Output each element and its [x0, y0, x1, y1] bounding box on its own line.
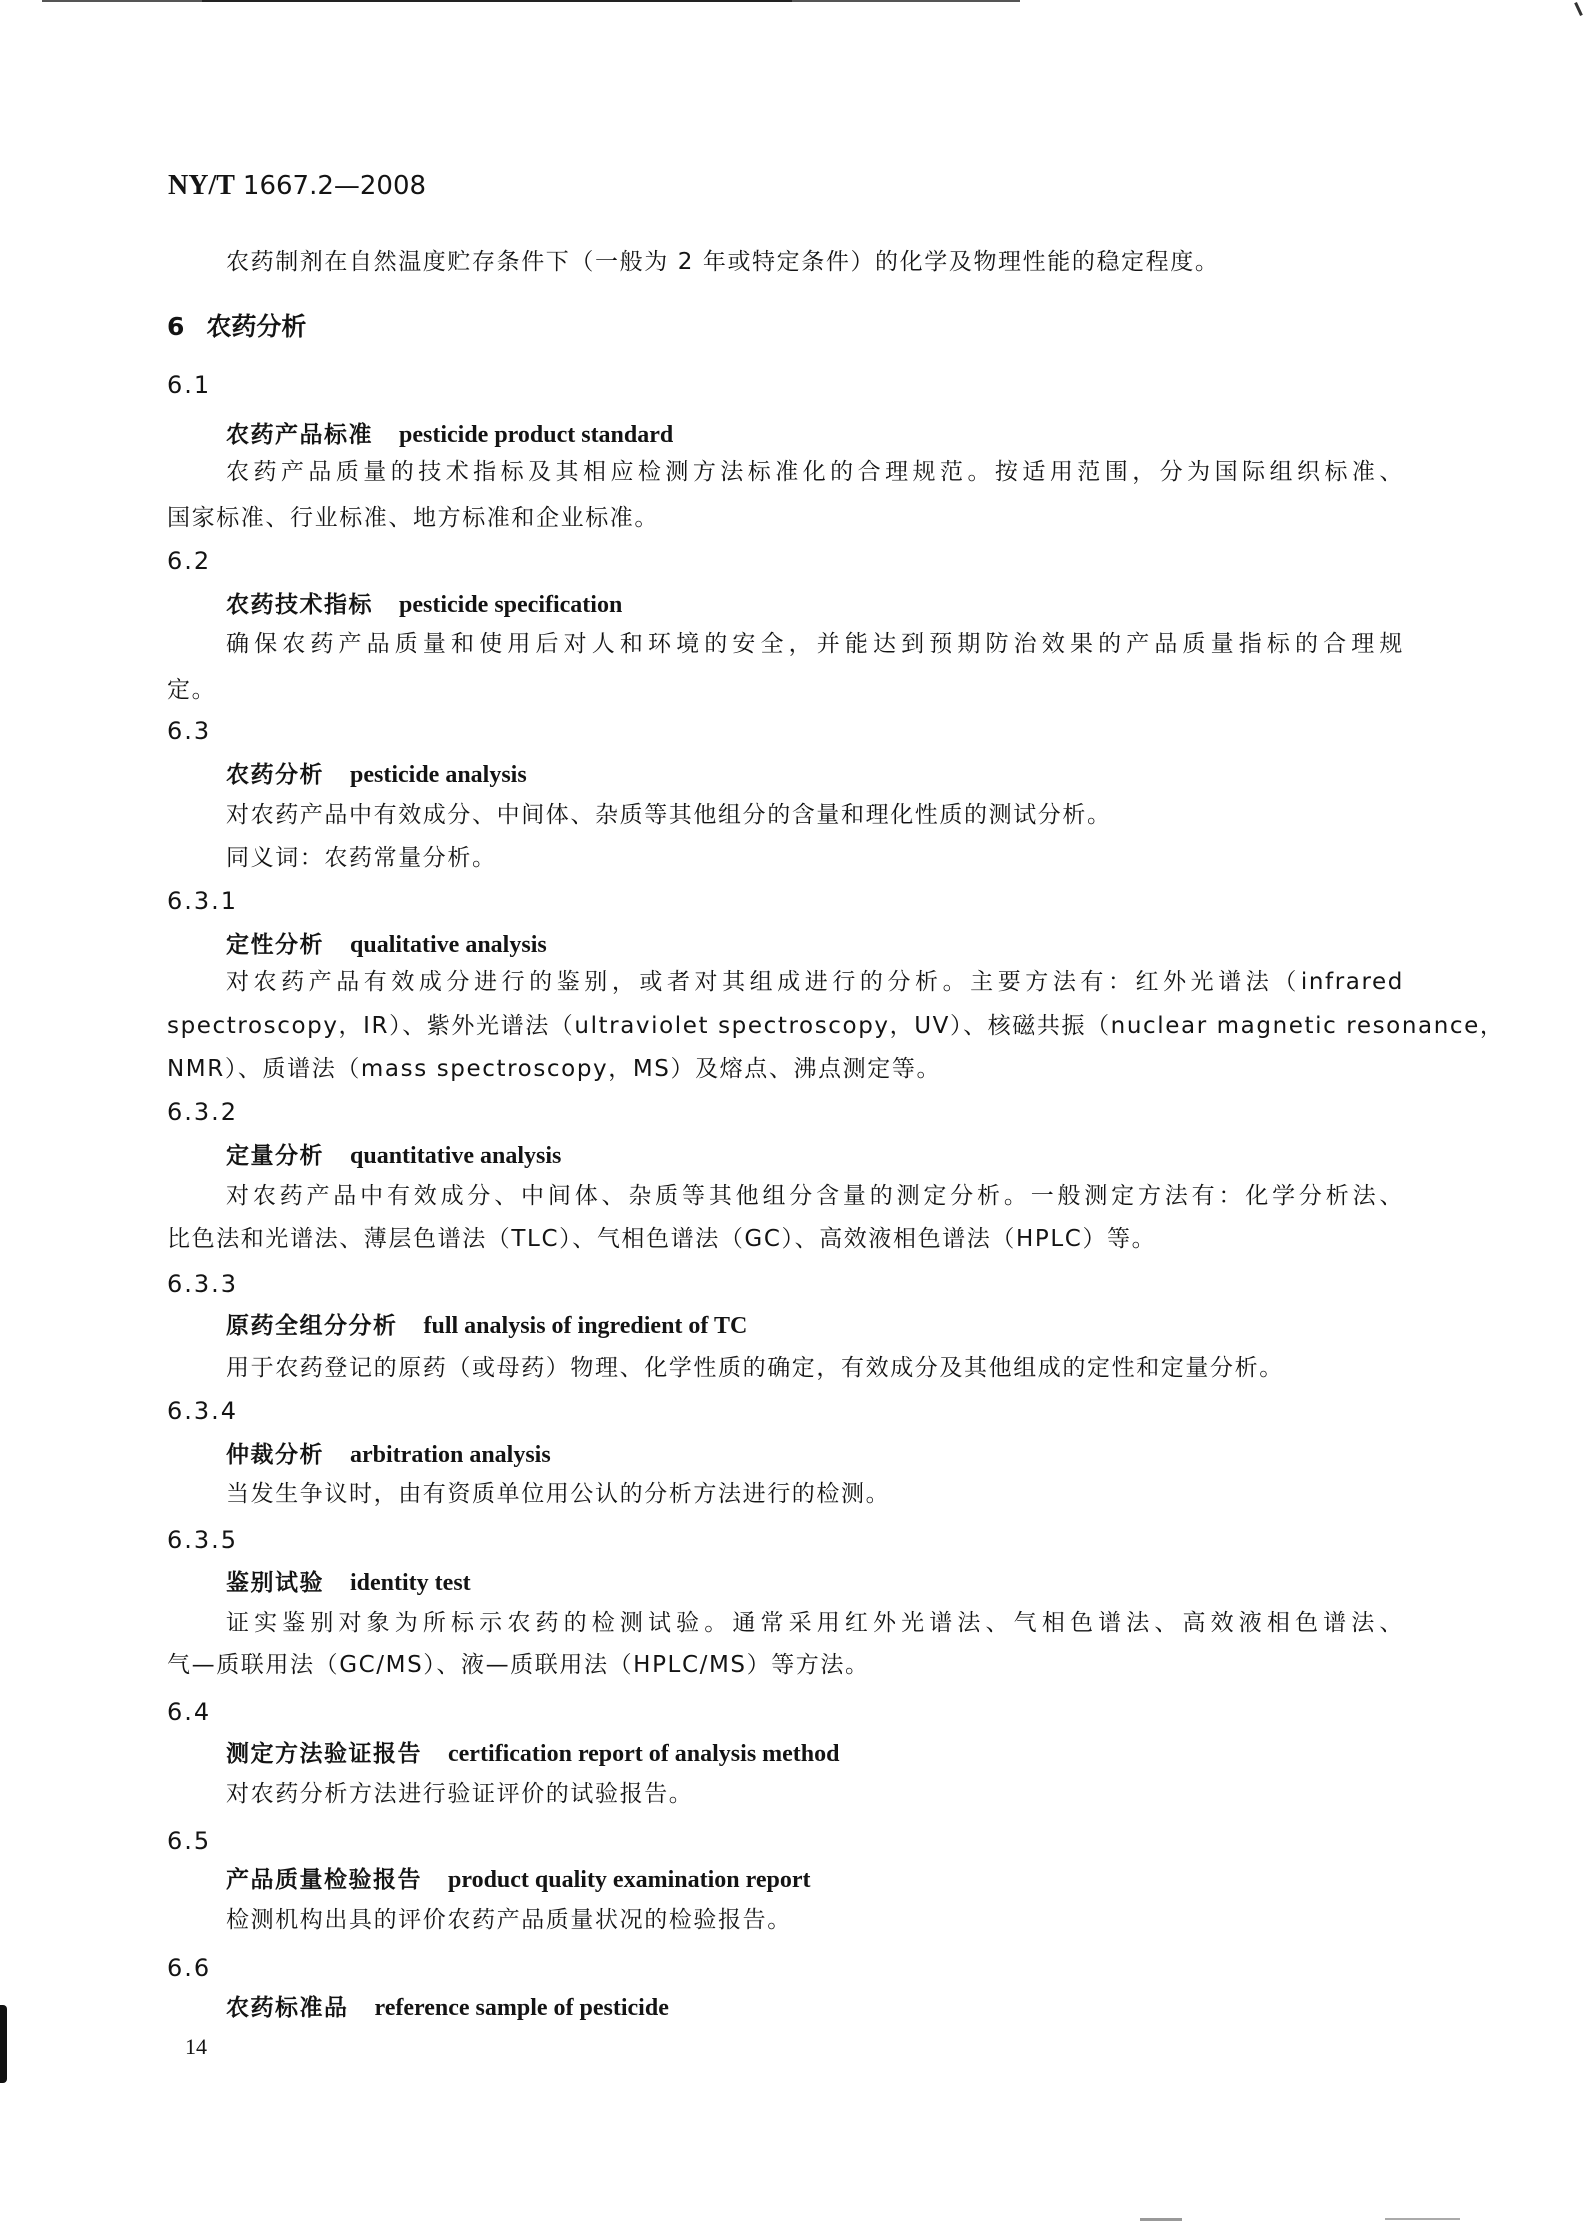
- term-title: 农药产品标准pesticide product standard: [226, 423, 673, 447]
- term-definition-line: 确保农药产品质量和使用后对人和环境的安全，并能达到预期防治效果的产品质量指标的合…: [226, 633, 1404, 656]
- term-zh: 定性分析: [226, 932, 324, 958]
- term-title: 测定方法验证报告certification report of analysis…: [226, 1742, 840, 1766]
- term-en: reference sample of pesticide: [375, 1995, 669, 2021]
- scan-top-border-thick: [202, 0, 792, 2]
- scan-binding-edge-mark: [0, 2005, 7, 2083]
- term-title: 农药技术指标pesticide specification: [226, 593, 622, 617]
- term-zh: 测定方法验证报告: [226, 1741, 422, 1767]
- section-number: 6.5: [167, 1829, 211, 1853]
- term-en: arbitration analysis: [350, 1442, 551, 1468]
- term-title: 定性分析qualitative analysis: [226, 933, 547, 957]
- term-en: qualitative analysis: [350, 932, 547, 958]
- standard-code-header: NY/T1667.2—2008: [168, 172, 426, 200]
- term-definition-line: 对农药产品有效成分进行的鉴别，或者对其组成进行的分析。主要方法有：红外光谱法（i…: [226, 971, 1404, 994]
- term-title: 农药标准品reference sample of pesticide: [226, 1996, 669, 2020]
- section-number: 6.3.4: [167, 1399, 238, 1423]
- section-number: 6.4: [167, 1700, 211, 1724]
- term-en: pesticide product standard: [399, 422, 673, 448]
- term-definition-line: 对农药产品中有效成分、中间体、杂质等其他组分含量的测定分析。一般测定方法有：化学…: [226, 1185, 1404, 1208]
- section-number: 6.1: [167, 373, 211, 397]
- term-en: pesticide analysis: [350, 762, 527, 788]
- standard-code-prefix: NY/T: [168, 170, 235, 201]
- chapter-number: 6: [167, 312, 184, 341]
- term-zh: 农药分析: [226, 762, 324, 788]
- term-zh: 仲裁分析: [226, 1442, 324, 1468]
- term-definition-line: spectroscopy，IR）、紫外光谱法（ultraviolet spect…: [167, 1015, 1404, 1038]
- term-zh: 原药全组分分析: [226, 1313, 398, 1339]
- section-number: 6.3.3: [167, 1272, 238, 1296]
- term-zh: 定量分析: [226, 1143, 324, 1169]
- term-title: 农药分析pesticide analysis: [226, 763, 527, 787]
- term-en: quantitative analysis: [350, 1143, 561, 1169]
- term-synonym-line: 同义词：农药常量分析。: [226, 847, 497, 870]
- term-definition-line: 国家标准、行业标准、地方标准和企业标准。: [167, 507, 659, 530]
- term-definition-line: 对农药分析方法进行验证评价的试验报告。: [226, 1783, 693, 1806]
- term-definition-line: 农药产品质量的技术指标及其相应检测方法标准化的合理规范。按适用范围，分为国际组织…: [226, 461, 1404, 484]
- term-title: 鉴别试验identity test: [226, 1571, 471, 1595]
- term-zh: 产品质量检验报告: [226, 1867, 422, 1893]
- chapter-title: 农药分析: [206, 312, 306, 341]
- term-title: 定量分析quantitative analysis: [226, 1144, 561, 1168]
- term-title: 仲裁分析arbitration analysis: [226, 1443, 551, 1467]
- term-title: 产品质量检验报告product quality examination repo…: [226, 1868, 810, 1892]
- section-number: 6.3.2: [167, 1100, 238, 1124]
- chapter-heading: 6农药分析: [167, 314, 306, 339]
- term-definition-line: 当发生争议时，由有资质单位用公认的分析方法进行的检测。: [226, 1483, 890, 1506]
- term-definition-line: 检测机构出具的评价农药产品质量状况的检验报告。: [226, 1909, 792, 1932]
- term-definition-line: 对农药产品中有效成分、中间体、杂质等其他组分的含量和理化性质的测试分析。: [226, 804, 1112, 827]
- term-title: 原药全组分分析full analysis of ingredient of TC: [226, 1314, 747, 1338]
- term-zh: 农药标准品: [226, 1995, 349, 2021]
- section-number: 6.3.1: [167, 889, 238, 913]
- term-definition-line: NMR）、质谱法（mass spectroscopy，MS）及熔点、沸点测定等。: [167, 1058, 941, 1081]
- section-number: 6.2: [167, 549, 211, 573]
- standard-code-number: 1667.2—2008: [243, 171, 426, 201]
- term-zh: 农药技术指标: [226, 592, 373, 618]
- term-definition-line: 证实鉴别对象为所标示农药的检测试验。通常采用红外光谱法、气相色谱法、高效液相色谱…: [226, 1612, 1404, 1635]
- term-en: identity test: [350, 1570, 471, 1596]
- scan-bottom-mark: [1385, 2218, 1460, 2220]
- term-en: product quality examination report: [448, 1867, 810, 1893]
- page-number: 14: [185, 2036, 207, 2058]
- term-definition-line: 比色法和光谱法、薄层色谱法（TLC）、气相色谱法（GC）、高效液相色谱法（HPL…: [167, 1228, 1156, 1251]
- scan-corner-mark: [1574, 2, 1583, 16]
- term-en: pesticide specification: [399, 592, 622, 618]
- term-zh: 农药产品标准: [226, 422, 373, 448]
- term-zh: 鉴别试验: [226, 1570, 324, 1596]
- section-number: 6.3: [167, 719, 211, 743]
- intro-paragraph: 农药制剂在自然温度贮存条件下（一般为 2 年或特定条件）的化学及物理性能的稳定程…: [226, 251, 1219, 274]
- term-en: certification report of analysis method: [448, 1741, 840, 1767]
- section-number: 6.3.5: [167, 1528, 238, 1552]
- section-number: 6.6: [167, 1956, 211, 1980]
- term-en: full analysis of ingredient of TC: [424, 1313, 748, 1339]
- term-definition-line: 气—质联用法（GC/MS）、液—质联用法（HPLC/MS）等方法。: [167, 1654, 870, 1677]
- term-definition-line: 用于农药登记的原药（或母药）物理、化学性质的确定，有效成分及其他组成的定性和定量…: [226, 1357, 1284, 1380]
- scan-top-border-line: [42, 0, 1020, 2]
- term-definition-line: 定。: [167, 679, 216, 702]
